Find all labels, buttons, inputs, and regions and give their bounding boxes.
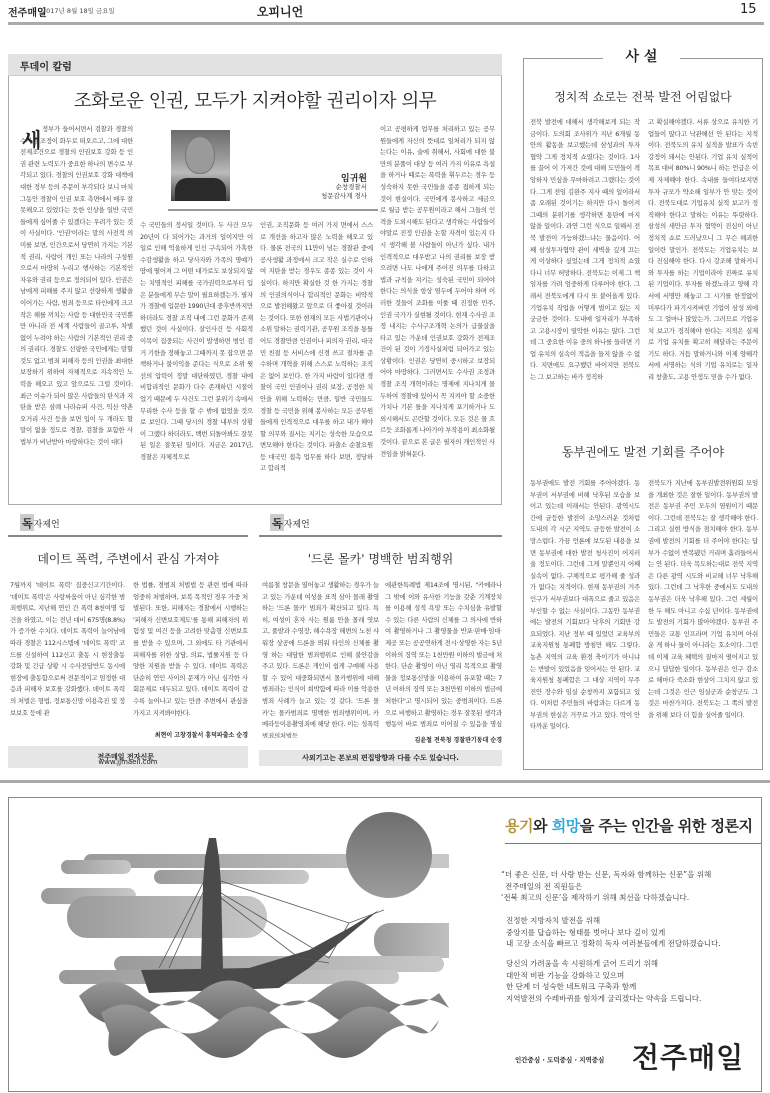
section-title: 오피니언	[0, 3, 560, 20]
ad-line: 대안적 비판 기능을 강화하고 있으며	[506, 970, 701, 982]
ad-motto: 인간중심 · 도덕중심 · 지역중심	[515, 1055, 604, 1064]
reader-label-rest: 자제언	[34, 520, 60, 530]
author-photo	[171, 130, 230, 201]
ad-slogan-divider	[505, 843, 761, 844]
ship-illustration	[9, 798, 449, 1091]
reader-column-2-label: 독자제언	[270, 514, 310, 531]
slogan-and: 와	[533, 817, 552, 835]
reader-column-2-title: '드론 몰카' 명백한 범죄행위	[259, 550, 502, 567]
author-affiliation-line1: 순창경찰서	[280, 183, 367, 192]
ad-slogan: 용기와 희망을 주는 인간을 위한 정론지	[505, 815, 752, 836]
e-paper-url[interactable]: www.jjmaeil.com	[8, 758, 248, 766]
ad-line: “더 좋은 신문, 더 사랑 받는 신문, 독자와 함께하는 신문”을 위해	[501, 869, 711, 881]
editorial-1-text-2: 고 확실해야겠다. 서류 상으로 유치한 기업들이 많다고 낙관해선 안 된다는…	[648, 117, 758, 422]
today-column-text-2: 수 국민들의 정서일 것이다. 두 사건 모두 20년이 다 되어가는 과거의 …	[140, 220, 253, 500]
disclaimer-banner: 사외기고는 본보의 편집방향과 다를 수도 있습니다.	[259, 750, 502, 766]
ad-logo: 전주매일	[632, 1036, 744, 1076]
ad-paragraph-1: “더 좋은 신문, 더 사랑 받는 신문, 독자와 함께하는 신문”을 위해 전…	[501, 869, 711, 904]
reader-label-initial: 독	[270, 514, 284, 531]
editorial-label: 사 설	[603, 46, 680, 66]
reader-column-1-byline: 최현이 고창경찰서 흥덕파출소 순경	[125, 730, 248, 739]
slogan-courage: 용기	[505, 817, 533, 835]
author-affiliation-line2: 청문감사계 경사	[280, 192, 367, 201]
reader-column-1-text-1: 7월까지 '데이트 폭력' 집중신고기간이다. '데이트 폭력'은 사랑싸움이 …	[10, 580, 125, 730]
ad-line: 진정한 지방자치 발전을 위해	[506, 915, 721, 927]
ad-line: 내 고장 소식을 빠르고 정확히 독자 여러분들에게 전달하겠습니다.	[506, 938, 721, 950]
today-column-text-4: 이고 공평하게 업무를 처리하고 있는 공무원들에게 자신의 뜻대로 일처리가 …	[380, 124, 495, 499]
ad-line: 지역발전의 수레바퀴를 힘차게 굴리겠다는 약속을 드립니다.	[506, 993, 701, 1005]
slogan-rest: 을 주는 인간을 위한 정론지	[580, 817, 753, 835]
e-paper-banner[interactable]: 전주매일 전자신문 www.jjmaeil.com	[8, 746, 248, 768]
ad-paragraph-3: 당신의 가려움을 속 시원하게 긁어 드리기 위해 대안적 비판 기능을 강화하…	[506, 958, 701, 1004]
waves	[79, 981, 449, 1059]
today-column-text-3: 인권, 조직문화 등 여러 가지 면에서 스스로 개선을 하고자 많은 노력을 …	[260, 220, 373, 500]
page-number: 15	[740, 2, 757, 17]
editorial-1-text-1: 전북 발전에 대해서 생각해보게 되는 작금이다. 도의회 조사위가 지난 6개…	[530, 117, 640, 422]
sun	[346, 812, 432, 898]
today-column-label-bar: 투데이 칼럼	[8, 54, 502, 76]
reader-column-1-rule	[8, 535, 248, 537]
e-paper-text[interactable]: 전주매일 전자신문 www.jjmaeil.com	[8, 752, 248, 762]
reader-label-initial: 독	[20, 514, 34, 531]
editorial-title-2: 동부권에도 발전 기회를 주어야	[523, 443, 763, 460]
reader-column-2-byline: 김윤철 전북청 경찰관기동대 순경	[385, 735, 502, 744]
today-column-label: 투데이 칼럼	[20, 58, 72, 73]
editorial-frame-top-left	[523, 58, 603, 59]
editorial-2-text-2: 전북도가 지난에 동부권발전위원회 모임을 개최한 것은 잘한 일이다. 동부권…	[648, 478, 758, 763]
reader-column-1-text-2: 한 법률, 경범죄 처벌법 등 관련 법에 따라 엄중히 처벌하며, 보복 목적…	[133, 580, 248, 720]
author-affiliation: 순창경찰서 청문감사계 경사	[280, 183, 367, 201]
reader-label-rest: 자제언	[284, 520, 310, 530]
reader-column-2-text-1: 여름철 창문을 열어놓고 생활하는 경우가 늘고 있는 가운데 여성을 표적 삼…	[262, 580, 379, 738]
editorial-2-text-1: 동부권에도 발전 기회를 주어야겠다. 동부권이 서부권에 비해 낙후된 모습을…	[530, 478, 640, 763]
section-divider	[0, 780, 770, 783]
editorial-title-1: 정치적 쇼로는 전북 발전 어림없다	[523, 88, 763, 105]
reader-column-1-label: 독자제언	[20, 514, 60, 531]
reader-column-1-title: 데이트 폭력, 주변에서 관심 가져야	[8, 550, 248, 567]
author-face	[185, 136, 215, 174]
today-column-title: 조화로운 인권, 모두가 지켜야할 권리이자 의무	[8, 87, 502, 113]
ad-line: 전주매일의 전 직원들은	[501, 881, 711, 893]
reader-column-2-rule	[259, 535, 502, 537]
ad-line: ‘전북 최고의 신문’을 제작하기 위해 최선을 다하겠습니다.	[501, 892, 711, 904]
today-column-text-1: 정부가 들어서면서 검찰과 경찰의 수사권 조정이 화두로 떠오르고, 그에 대…	[20, 124, 133, 499]
editorial-frame-top-right	[680, 58, 763, 59]
ad-paragraph-2: 진정한 지방자치 발전을 위해 중앙지를 답습하는 형태를 벗어나 보다 깊이 …	[506, 915, 721, 950]
author-divider	[168, 209, 378, 211]
slogan-hope: 희망	[552, 817, 580, 835]
ad-line: 한 단계 더 성숙한 네트워크 구축과 함께	[506, 981, 701, 993]
disclaimer-text: 사외기고는 본보의 편집방향과 다를 수도 있습니다.	[259, 753, 502, 763]
author-suit	[175, 178, 226, 201]
ad-line: 중앙지를 답습하는 형태를 벗어나 보다 깊이 있게	[506, 927, 721, 939]
reader-column-2-text-2: 에관한특례법 제14조에 명시된, "카메라나 그 밖에 이와 유사한 기능을 …	[385, 580, 502, 728]
header-divider	[8, 22, 764, 25]
ad-line: 당신의 가려움을 속 시원하게 긁어 드리기 위해	[506, 958, 701, 970]
